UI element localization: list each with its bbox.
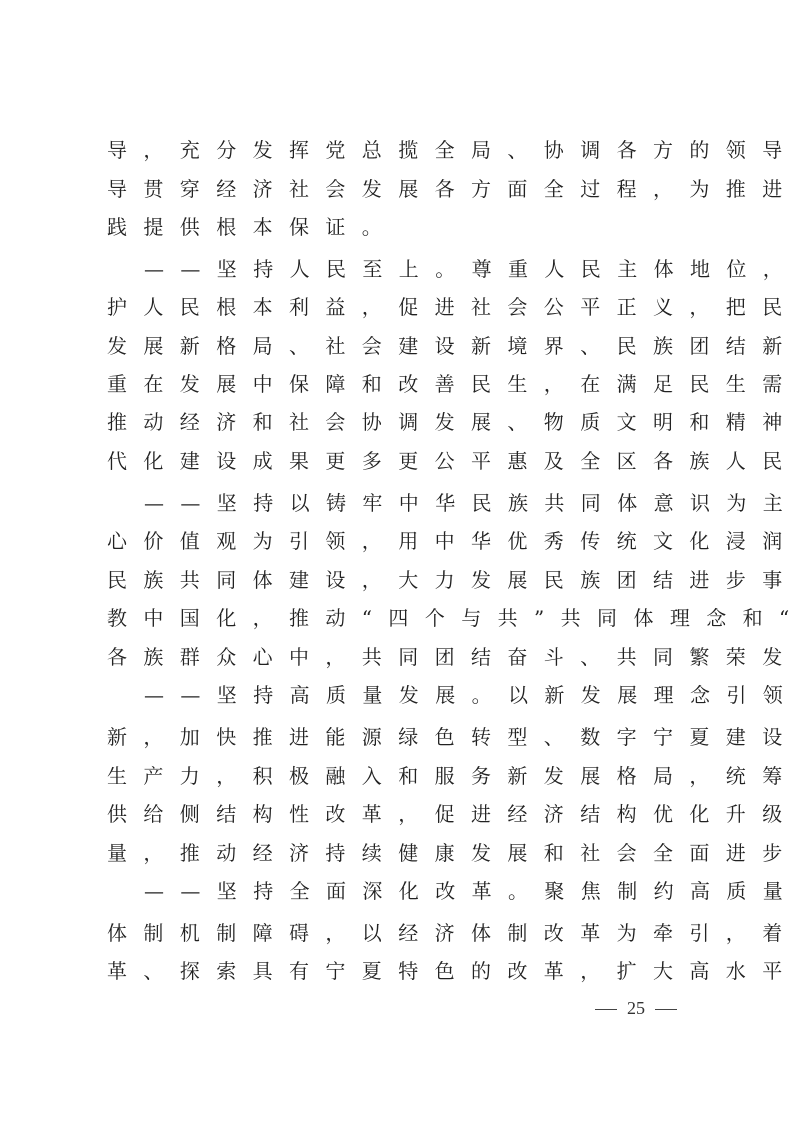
page-number-value: 25 <box>627 998 645 1018</box>
document-page: 导，充分发挥党总揽全局、协调各方的领导核心作用，把党的领 导贯穿经济社会发展各方… <box>0 0 794 1123</box>
text-line: 教中国化，推动“四个与共”共同体理念和“五个认同”根植于 <box>107 599 707 637</box>
text-line: 导，充分发挥党总揽全局、协调各方的领导核心作用，把党的领 <box>107 131 707 169</box>
text-line: 心价值观为引领，用中华优秀传统文化浸润人心，深入推进中华 <box>107 522 707 560</box>
text-line-paragraph-start: ——坚持人民至上。尊重人民主体地位，紧紧依靠人民，维 <box>144 250 744 288</box>
text-line: 重在发展中保障和改善民生，在满足民生需求中拓展发展空间， <box>107 365 707 403</box>
text-line: 民族共同体建设，大力发展民族团结进步事业，系统推进我国宗 <box>107 561 707 599</box>
text-line: 护人民根本利益，促进社会公平正义，把民生工作作为开创经济 <box>107 288 707 326</box>
text-line: 发展新格局、社会建设新境界、民族团结新局面的重要抓手，注 <box>107 327 707 365</box>
text-line: 革、探索具有宁夏特色的改革，扩大高水平开放，推动生产关系 <box>107 952 707 990</box>
text-line: 生产力，积极融入和服务新发展格局，统筹扩大有效需求和深化 <box>107 757 707 795</box>
text-line: 量，推动经济持续健康发展和社会全面进步。 <box>107 834 707 872</box>
text-line: 供给侧结构性改革，促进经济结构优化升级，做优增量、盘活存 <box>107 795 707 833</box>
text-line: 体制机制障碍，以经济体制改革为牵引，着力深化重点领域改 <box>107 914 707 952</box>
text-line: 导贯穿经济社会发展各方面全过程，为推进中国式现代化宁夏实 <box>107 170 707 208</box>
page-number: 25 <box>585 998 687 1019</box>
text-line: 代化建设成果更多更公平惠及全区各族人民。 <box>107 442 707 480</box>
dash-left <box>595 1009 617 1010</box>
text-line-paragraph-start: ——坚持高质量发展。以新发展理念引领发展，加强科技创 <box>144 676 744 714</box>
text-line: 各族群众心中，共同团结奋斗、共同繁荣发展。 <box>107 638 707 676</box>
text-line: 践提供根本保证。 <box>107 208 707 246</box>
text-line: 新，加快推进能源绿色转型、数字宁夏建设，因地制宜发展新质 <box>107 718 707 756</box>
text-line-paragraph-start: ——坚持以铸牢中华民族共同体意识为主线。以社会主义核 <box>144 484 744 522</box>
text-line: 推动经济和社会协调发展、物质文明和精神文明相得益彰，让现 <box>107 403 707 441</box>
dash-right <box>655 1009 677 1010</box>
text-line-paragraph-start: ——坚持全面深化改革。聚焦制约高质量发展的思想观念和 <box>144 872 744 910</box>
